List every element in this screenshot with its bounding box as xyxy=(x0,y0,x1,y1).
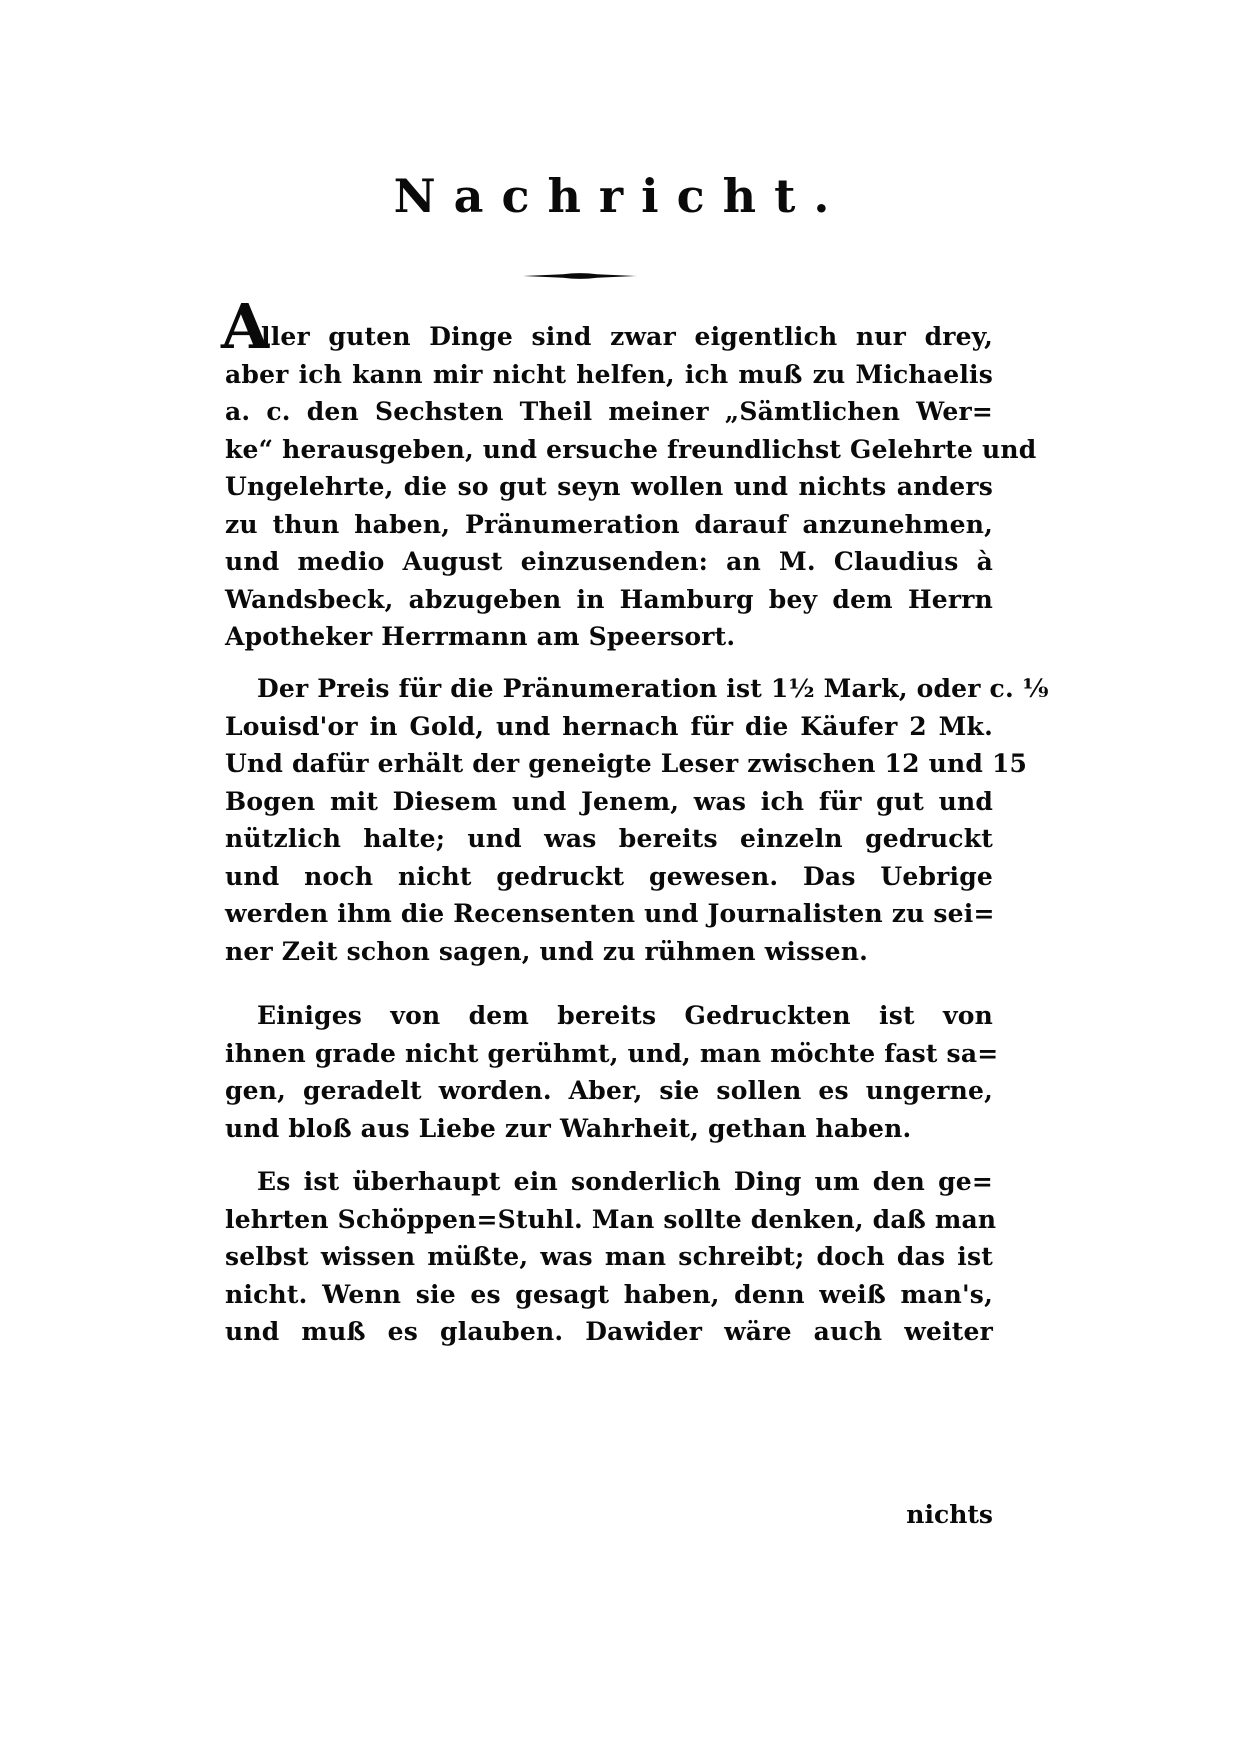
text-line: Ungelehrte, die so gut seyn wollen und n… xyxy=(225,468,993,506)
text-line: und bloß aus Liebe zur Wahrheit, gethan … xyxy=(225,1110,993,1148)
text-line: Einiges von dem bereits Gedruckten ist v… xyxy=(225,997,993,1035)
drop-cap: A xyxy=(221,296,269,358)
text-line: selbst wissen müßte, was man schreibt; d… xyxy=(225,1238,993,1276)
text-line: ihnen grade nicht gerühmt, und, man möch… xyxy=(225,1035,993,1073)
text-line: und medio August einzusenden: an M. Clau… xyxy=(225,543,993,581)
paragraph-2: Der Preis für die Pränumeration ist 1½ M… xyxy=(225,670,993,970)
text-line: werden ihm die Recensenten und Journalis… xyxy=(225,895,993,933)
text-line: Der Preis für die Pränumeration ist 1½ M… xyxy=(225,670,993,708)
text-line: Und dafür erhält der geneigte Leser zwis… xyxy=(225,745,993,783)
text-line: ner Zeit schon sagen, und zu rühmen wiss… xyxy=(225,933,993,971)
paragraph-1: A ller guten Dinge sind zwar eigentlich … xyxy=(225,318,993,656)
text-line: a. c. den Sechsten Theil meiner „Sämtlic… xyxy=(225,393,993,431)
text-line: zu thun haben, Pränumeration darauf anzu… xyxy=(225,506,993,544)
text-line: ke“ herausgeben, und ersuche freundlichs… xyxy=(225,431,993,469)
title-divider-rule xyxy=(523,272,637,280)
text-line: Wandsbeck, abzugeben in Hamburg bey dem … xyxy=(225,581,993,619)
page-title: Nachricht. xyxy=(0,168,1241,224)
text-line: Louisd'or in Gold, und hernach für die K… xyxy=(225,708,993,746)
document-page: Nachricht. A ller guten Dinge sind zwar … xyxy=(0,0,1241,1754)
text-line: nicht. Wenn sie es gesagt haben, denn we… xyxy=(225,1276,993,1314)
text-line: gen, geradelt worden. Aber, sie sollen e… xyxy=(225,1072,993,1110)
paragraph-3: Einiges von dem bereits Gedruckten ist v… xyxy=(225,997,993,1147)
text-line: Bogen mit Diesem und Jenem, was ich für … xyxy=(225,783,993,821)
catchword: nichts xyxy=(895,1496,993,1533)
paragraph-4: Es ist überhaupt ein sonderlich Ding um … xyxy=(225,1163,993,1351)
text-line: Es ist überhaupt ein sonderlich Ding um … xyxy=(225,1163,993,1201)
text-line: Apotheker Herrmann am Speersort. xyxy=(225,618,993,656)
text-line: aber ich kann mir nicht helfen, ich muß … xyxy=(225,356,993,394)
text-line: nützlich halte; und was bereits einzeln … xyxy=(225,820,993,858)
text-line: und noch nicht gedruckt gewesen. Das Ueb… xyxy=(225,858,993,896)
text-line: und muß es glauben. Dawider wäre auch we… xyxy=(225,1313,993,1351)
text-line: lehrten Schöppen=Stuhl. Man sollte denke… xyxy=(225,1201,993,1239)
text-line: A ller guten Dinge sind zwar eigentlich … xyxy=(225,318,993,356)
